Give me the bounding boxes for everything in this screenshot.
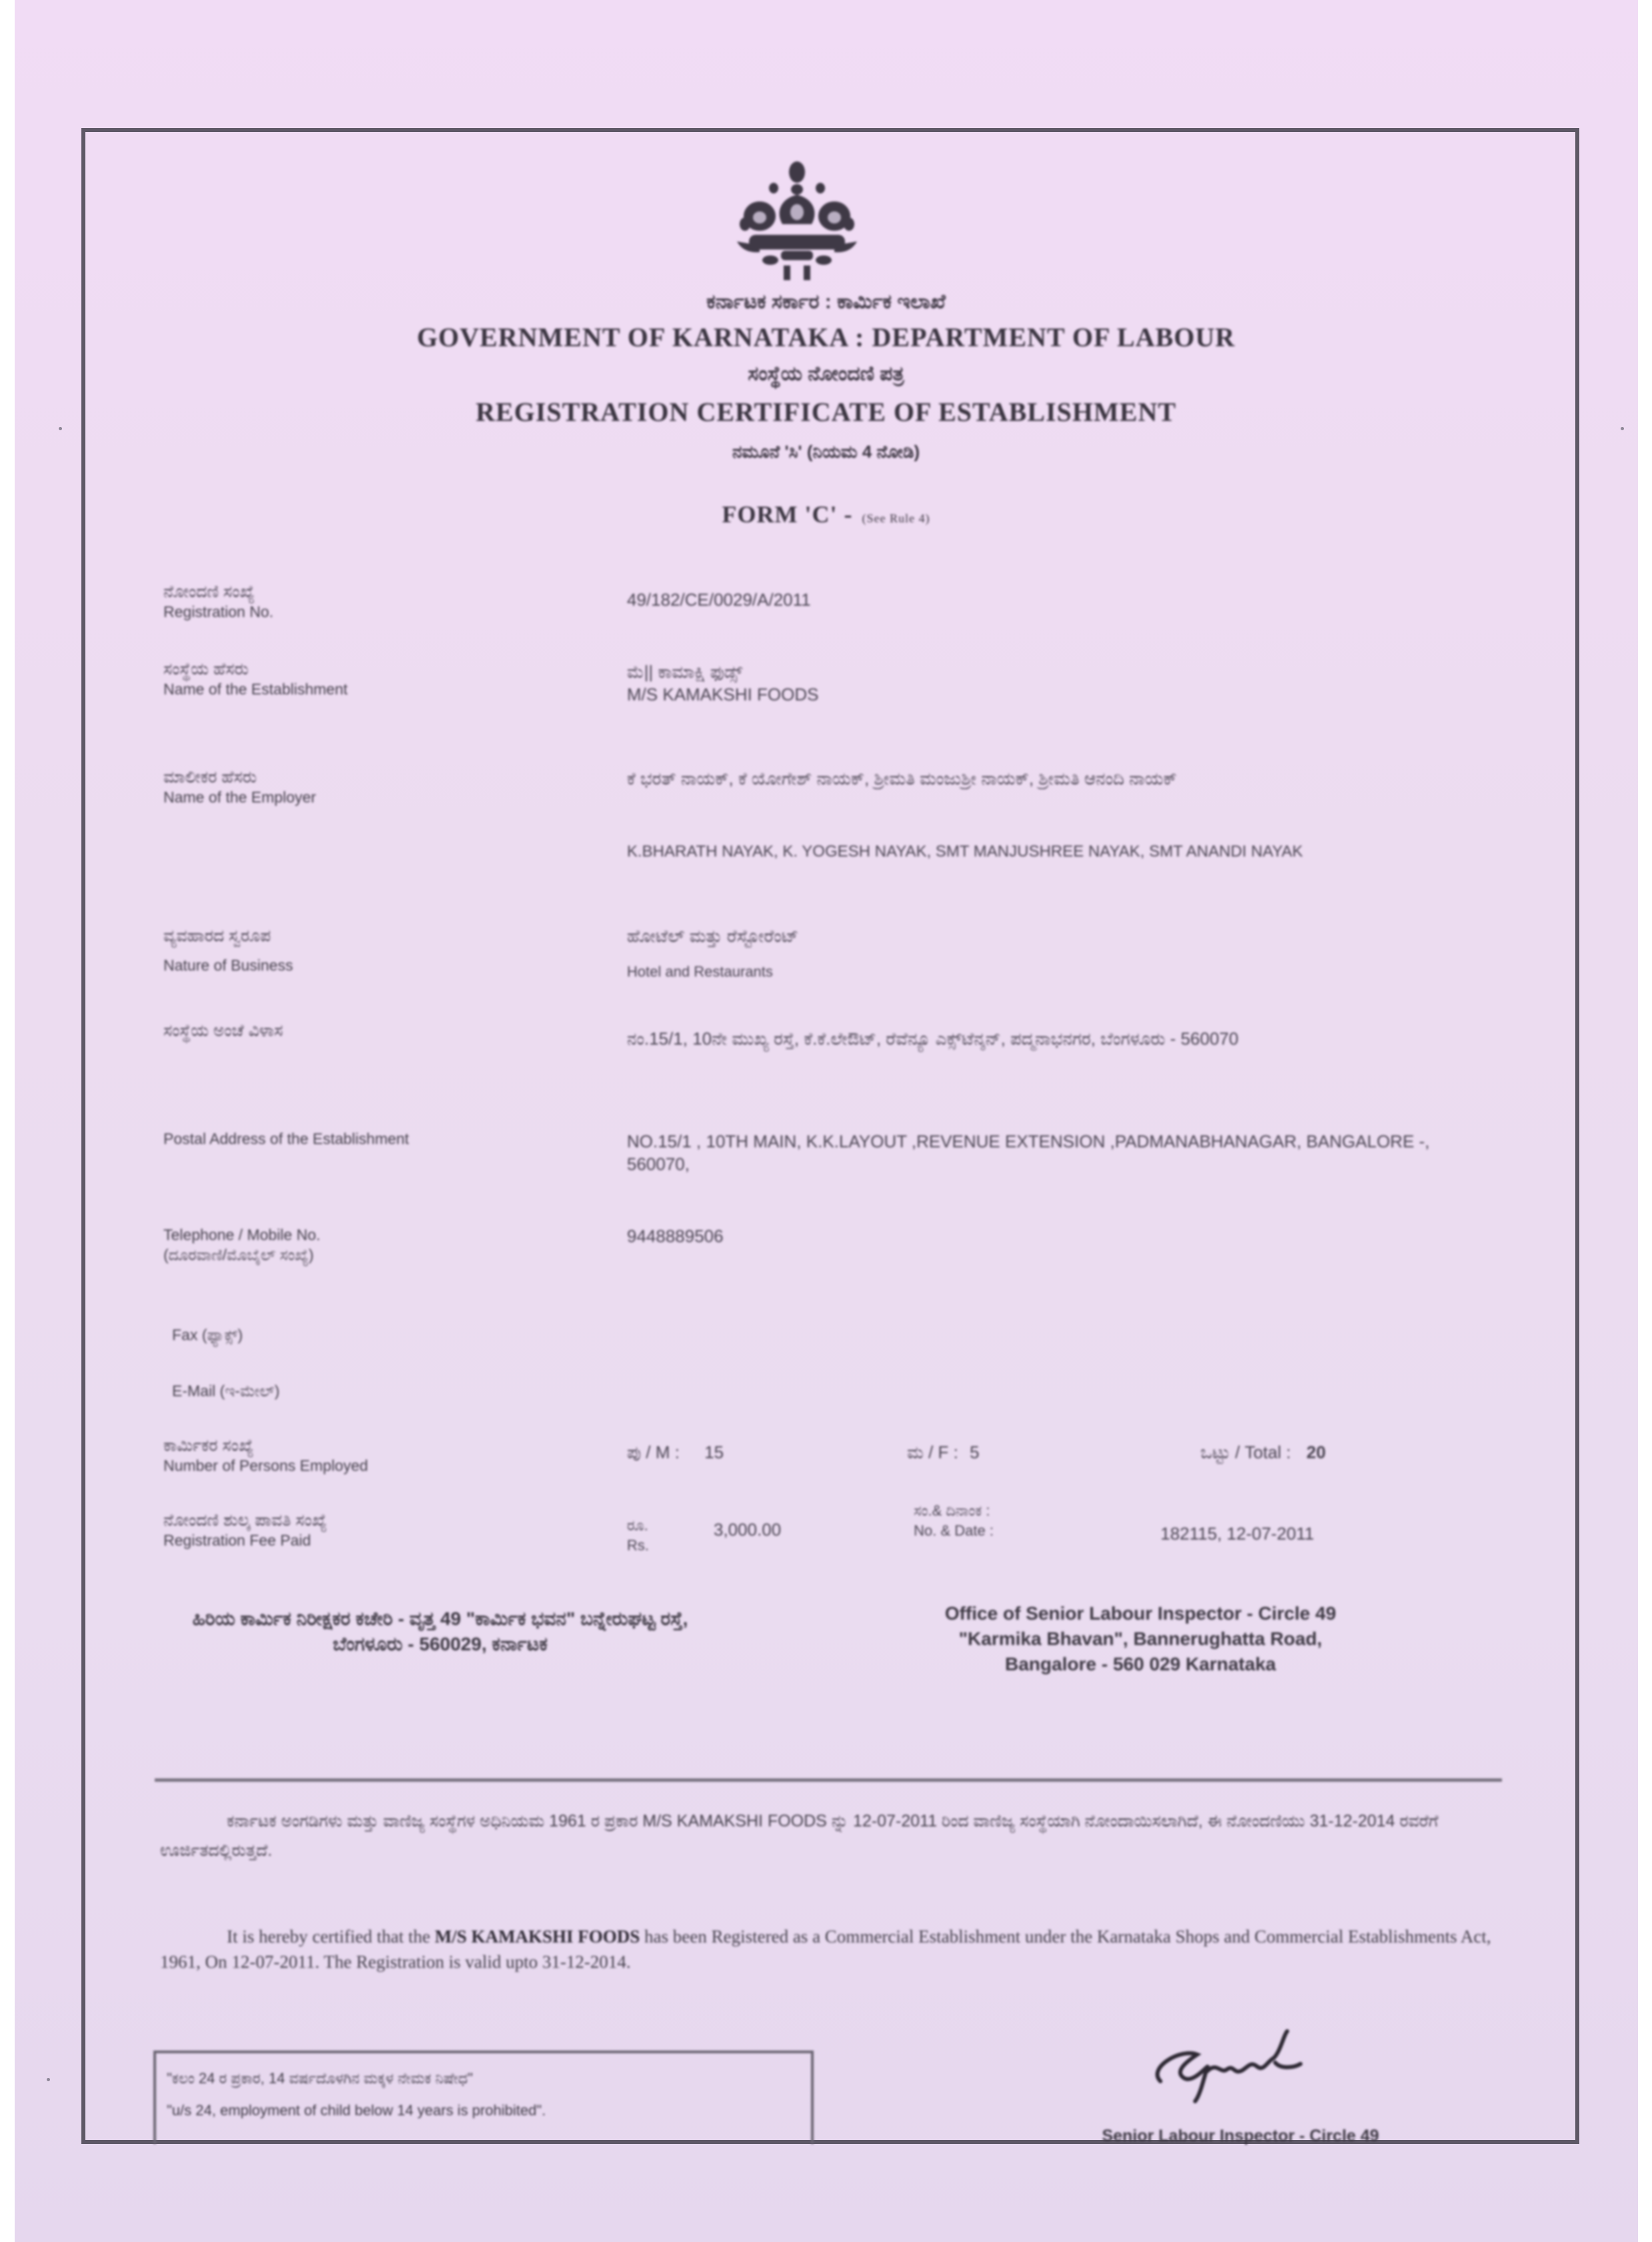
form-label: FORM 'C' - (722, 501, 853, 528)
fee-amount: 3,000.00 (714, 1518, 860, 1541)
form-rule: (See Rule 4) (862, 512, 930, 525)
postal-address-value: NO.15/1 , 10TH MAIN, K.K.LAYOUT ,REVENUE… (627, 1130, 1441, 1175)
nature-of-business-label: ವ್ಯವಹಾರದ ಸ್ವರೂಪ Nature of Business (163, 926, 564, 975)
fax-label: Fax (ಫ್ಯಾಕ್ಸ್) (172, 1325, 572, 1345)
establishment-name-label: ಸಂಸ್ಥೆಯ ಹೆಸರು Name of the Establishment (163, 659, 564, 699)
inspector-designation: Senior Labour Inspector - Circle 49 (974, 2127, 1507, 2146)
office-address-english: Office of Senior Labour Inspector - Circ… (840, 1601, 1441, 1677)
certification-kannada: ಕರ್ನಾಟಕ ಅಂಗಡಿಗಳು ಮತ್ತು ವಾಣಿಜ್ಯ ಸಂಸ್ಥೆಗಳ … (160, 1806, 1501, 1865)
inspector-signature-icon (1134, 2021, 1321, 2108)
employer-name-value: K.BHARATH NAYAK, K. YOGESH NAYAK, SMT MA… (627, 842, 1461, 862)
establishment-name-value: ಮೆ|| ಕಾಮಾಕ್ಷಿ ಫುಡ್ಸ್ M/S KAMAKSHI FOODS (627, 660, 1494, 706)
male-count: ಪು / M : 15 (627, 1441, 787, 1464)
address-kannada-label: ಸಂಸ್ಥೆಯ ಅಂಚೆ ವಿಳಾಸ (163, 1021, 564, 1041)
persons-employed-label: ಕಾರ್ಮಿಕರ ಸಂಖ್ಯೆ Number of Persons Employ… (163, 1436, 564, 1476)
employer-name-kannada: ಕೆ ಭರತ್ ನಾಯಕ್, ಕೆ ಯೋಗೇಶ್ ನಾಯಕ್, ಶ್ರೀಮತಿ … (627, 767, 1461, 790)
registration-no-label: ನೋಂದಣಿ ಸಂಖ್ಯೆ Registration No. (163, 582, 564, 622)
fee-currency-label: ರೂ. Rs. (627, 1516, 680, 1556)
nature-of-business-value: ಹೋಟೆಲ್ ಮತ್ತು ರೆಸ್ಟೋರೆಂಟ್ Hotel and Resta… (627, 925, 1494, 983)
header-kannada-form: ನಮೂನೆ 'ಸಿ' (ನಿಯಮ 4 ನೋಡಿ) (0, 442, 1652, 463)
receipt-number-date: 182115, 12-07-2011 (1160, 1522, 1441, 1545)
section-divider (155, 1778, 1502, 1782)
telephone-label: Telephone / Mobile No. (ದೂರವಾಣಿ/ಮೊಬೈಲ್ ಸ… (163, 1225, 564, 1265)
email-label: E-Mail (ಇ-ಮೇಲ್) (172, 1381, 572, 1401)
header-kannada-subtitle: ಸಂಸ್ಥೆಯ ನೋಂದಣಿ ಪತ್ರ (0, 363, 1652, 386)
karnataka-emblem-icon (717, 160, 877, 287)
fee-paid-label: ನೋಂದಣಿ ಶುಲ್ಕ ಪಾವತಿ ಸಂಖ್ಯೆ Registration F… (163, 1510, 564, 1550)
form-c-heading: FORM 'C' -(See Rule 4) (0, 500, 1652, 528)
telephone-value: 9448889506 (627, 1225, 1494, 1247)
header-kannada-title: ಕರ್ನಾಟಕ ಸರ್ಕಾರ : ಕಾರ್ಮಿಕ ಇಲಾಖೆ (0, 291, 1652, 314)
employer-name-label: ಮಾಲೀಕರ ಹೆಸರು Name of the Employer (163, 767, 564, 807)
certificate-title: REGISTRATION CERTIFICATE OF ESTABLISHMEN… (0, 396, 1652, 428)
child-labour-notice: "ಕಲಂ 24 ರ ಪ್ರಕಾರ, 14 ವರ್ಷದೊಳಗಿನ ಮಕ್ಕಳ ನೇ… (153, 2051, 814, 2144)
address-kannada-value: ನಂ.15/1, 10ನೇ ಮುಖ್ಯ ರಸ್ತೆ, ಕೆ.ಕೆ.ಲೇಔಟ್, … (627, 1027, 1461, 1050)
registration-no-value: 49/182/CE/0029/A/2011 (627, 588, 1494, 611)
office-address-kannada: ಹಿರಿಯ ಕಾರ್ಮಿಕ ನಿರೀಕ್ಷಕರ ಕಚೇರಿ - ವೃತ್ತ 49… (187, 1606, 694, 1657)
postal-address-label: Postal Address of the Establishment (163, 1129, 417, 1149)
female-count: ಮ / F : 5 (907, 1441, 1054, 1464)
header-government-line: GOVERNMENT OF KARNATAKA : DEPARTMENT OF … (0, 322, 1652, 353)
total-count: ಒಟ್ಟು / Total : 20 (1200, 1441, 1427, 1464)
certification-english: It is hereby certified that the M/S KAMA… (160, 1924, 1501, 1975)
receipt-label: ಸಂ.& ದಿನಾಂಕ : No. & Date : (914, 1501, 1087, 1541)
scan-speck (47, 2078, 50, 2081)
